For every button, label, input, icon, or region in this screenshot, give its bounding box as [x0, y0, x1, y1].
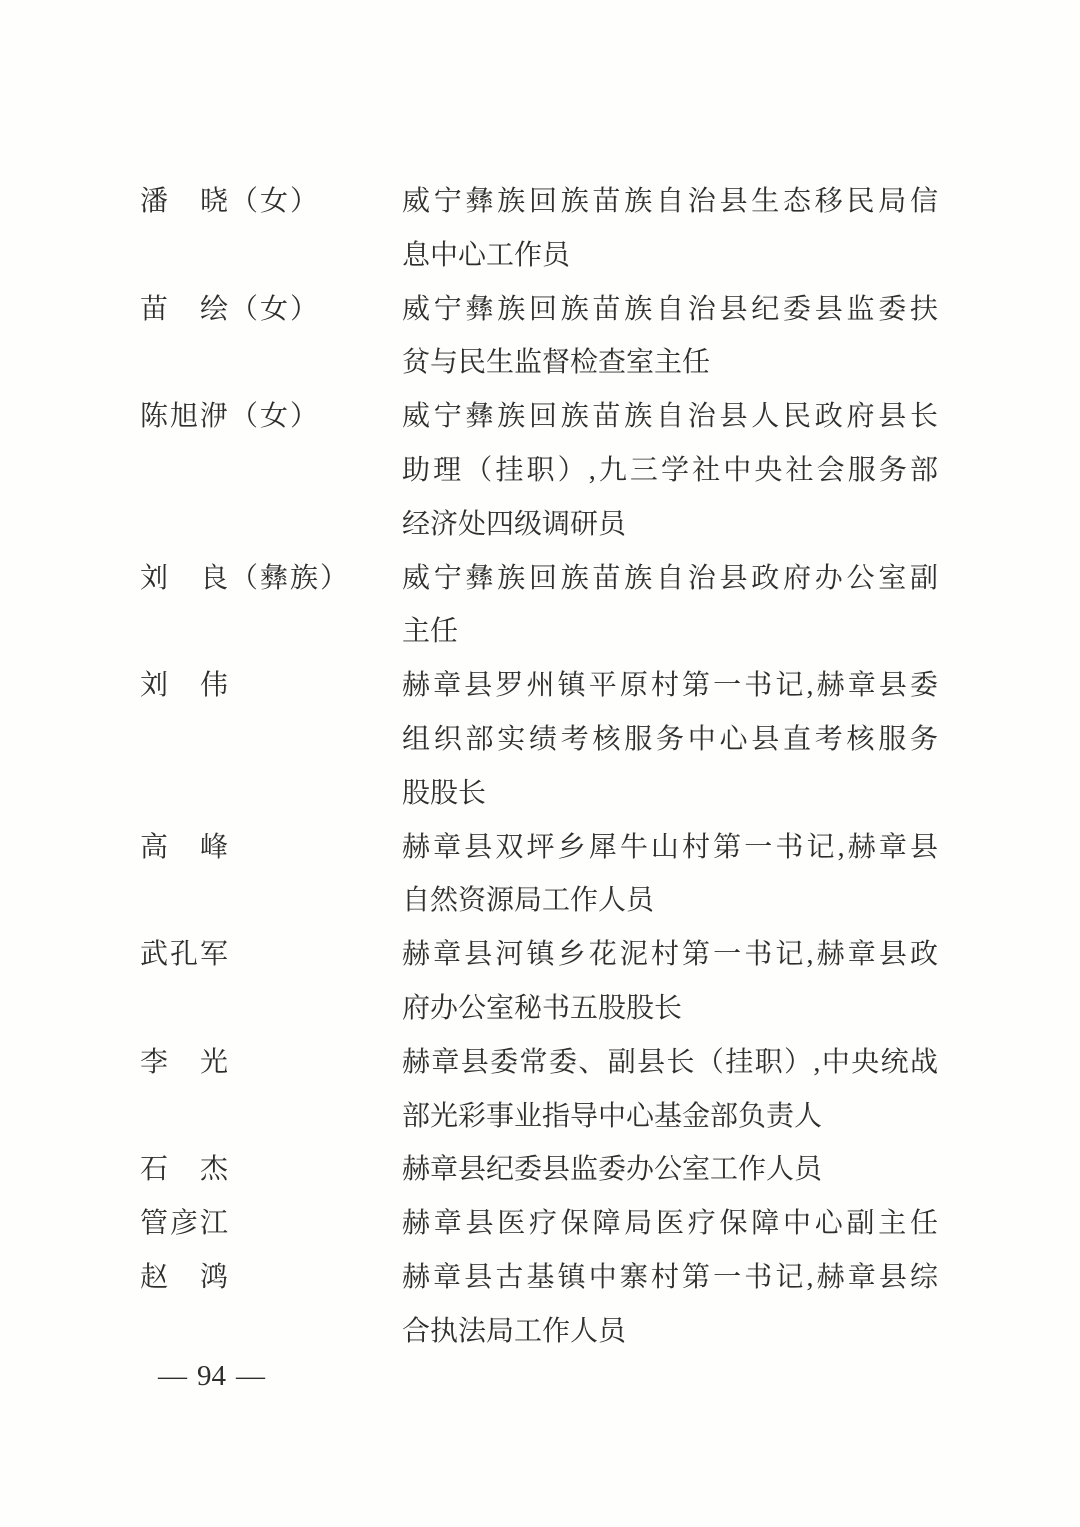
list-item: 管彦江赫章县医疗保障局医疗保障中心副主任: [140, 1197, 938, 1251]
position-line: 赫章县医疗保障局医疗保障中心副主任: [402, 1197, 938, 1251]
position-line: 息中心工作员: [402, 229, 938, 283]
list-item: 李 光赫章县委常委、副县长（挂职）,中央统战部光彩事业指导中心基金部负责人: [140, 1036, 938, 1144]
position-line: 贫与民生监督检查室主任: [402, 336, 938, 390]
entry-name: 高 峰: [140, 821, 402, 875]
list-item: 苗 绘（女）威宁彝族回族苗族自治县纪委县监委扶贫与民生监督检查室主任: [140, 283, 938, 391]
position-line: 经济处四级调研员: [402, 498, 938, 552]
position-line: 赫章县双坪乡犀牛山村第一书记,赫章县: [402, 821, 938, 875]
entry-name: 石 杰: [140, 1143, 402, 1197]
list-item: 高 峰赫章县双坪乡犀牛山村第一书记,赫章县自然资源局工作人员: [140, 821, 938, 929]
position-line: 威宁彝族回族苗族自治县生态移民局信: [402, 175, 938, 229]
position-line: 赫章县古基镇中寨村第一书记,赫章县综: [402, 1251, 938, 1305]
entry-name: 武孔军: [140, 928, 402, 982]
position-line: 自然资源局工作人员: [402, 874, 938, 928]
footer-dash-left: —: [158, 1360, 187, 1392]
entry-position: 威宁彝族回族苗族自治县政府办公室副主任: [402, 552, 938, 660]
entry-name: 陈旭洢（女）: [140, 390, 402, 444]
entry-position: 赫章县医疗保障局医疗保障中心副主任: [402, 1197, 938, 1251]
list-item: 赵 鸿赫章县古基镇中寨村第一书记,赫章县综合执法局工作人员: [140, 1251, 938, 1359]
entries-list: 潘 晓（女）威宁彝族回族苗族自治县生态移民局信息中心工作员苗 绘（女）威宁彝族回…: [140, 175, 938, 1359]
page-footer: —94—: [158, 1360, 265, 1392]
list-item: 武孔军赫章县河镇乡花泥村第一书记,赫章县政府办公室秘书五股股长: [140, 928, 938, 1036]
position-line: 赫章县纪委县监委办公室工作人员: [402, 1143, 938, 1197]
footer-dash-right: —: [236, 1360, 265, 1392]
position-line: 助理（挂职）,九三学社中央社会服务部: [402, 444, 938, 498]
position-line: 威宁彝族回族苗族自治县政府办公室副: [402, 552, 938, 606]
list-item: 刘 伟赫章县罗州镇平原村第一书记,赫章县委组织部实绩考核服务中心县直考核服务股股…: [140, 659, 938, 820]
entry-position: 赫章县古基镇中寨村第一书记,赫章县综合执法局工作人员: [402, 1251, 938, 1359]
entry-position: 赫章县河镇乡花泥村第一书记,赫章县政府办公室秘书五股股长: [402, 928, 938, 1036]
entry-position: 威宁彝族回族苗族自治县人民政府县长助理（挂职）,九三学社中央社会服务部经济处四级…: [402, 390, 938, 551]
position-line: 赫章县罗州镇平原村第一书记,赫章县委: [402, 659, 938, 713]
page-number: 94: [197, 1360, 226, 1392]
entry-position: 赫章县双坪乡犀牛山村第一书记,赫章县自然资源局工作人员: [402, 821, 938, 929]
document-page: 潘 晓（女）威宁彝族回族苗族自治县生态移民局信息中心工作员苗 绘（女）威宁彝族回…: [0, 0, 1080, 1527]
position-line: 威宁彝族回族苗族自治县人民政府县长: [402, 390, 938, 444]
entry-position: 赫章县委常委、副县长（挂职）,中央统战部光彩事业指导中心基金部负责人: [402, 1036, 938, 1144]
list-item: 陈旭洢（女）威宁彝族回族苗族自治县人民政府县长助理（挂职）,九三学社中央社会服务…: [140, 390, 938, 551]
entry-name: 赵 鸿: [140, 1251, 402, 1305]
position-line: 股股长: [402, 767, 938, 821]
position-line: 赫章县委常委、副县长（挂职）,中央统战: [402, 1036, 938, 1090]
position-line: 主任: [402, 605, 938, 659]
entry-name: 潘 晓（女）: [140, 175, 402, 229]
entry-position: 赫章县罗州镇平原村第一书记,赫章县委组织部实绩考核服务中心县直考核服务股股长: [402, 659, 938, 820]
entry-name: 管彦江: [140, 1197, 402, 1251]
position-line: 部光彩事业指导中心基金部负责人: [402, 1090, 938, 1144]
entry-name: 刘 伟: [140, 659, 402, 713]
list-item: 刘 良（彝族）威宁彝族回族苗族自治县政府办公室副主任: [140, 552, 938, 660]
entry-name: 苗 绘（女）: [140, 283, 402, 337]
position-line: 威宁彝族回族苗族自治县纪委县监委扶: [402, 283, 938, 337]
entry-position: 赫章县纪委县监委办公室工作人员: [402, 1143, 938, 1197]
entry-name: 刘 良（彝族）: [140, 552, 402, 606]
entry-name: 李 光: [140, 1036, 402, 1090]
position-line: 赫章县河镇乡花泥村第一书记,赫章县政: [402, 928, 938, 982]
entry-position: 威宁彝族回族苗族自治县生态移民局信息中心工作员: [402, 175, 938, 283]
list-item: 潘 晓（女）威宁彝族回族苗族自治县生态移民局信息中心工作员: [140, 175, 938, 283]
position-line: 合执法局工作人员: [402, 1305, 938, 1359]
list-item: 石 杰赫章县纪委县监委办公室工作人员: [140, 1143, 938, 1197]
position-line: 府办公室秘书五股股长: [402, 982, 938, 1036]
entry-position: 威宁彝族回族苗族自治县纪委县监委扶贫与民生监督检查室主任: [402, 283, 938, 391]
position-line: 组织部实绩考核服务中心县直考核服务: [402, 713, 938, 767]
